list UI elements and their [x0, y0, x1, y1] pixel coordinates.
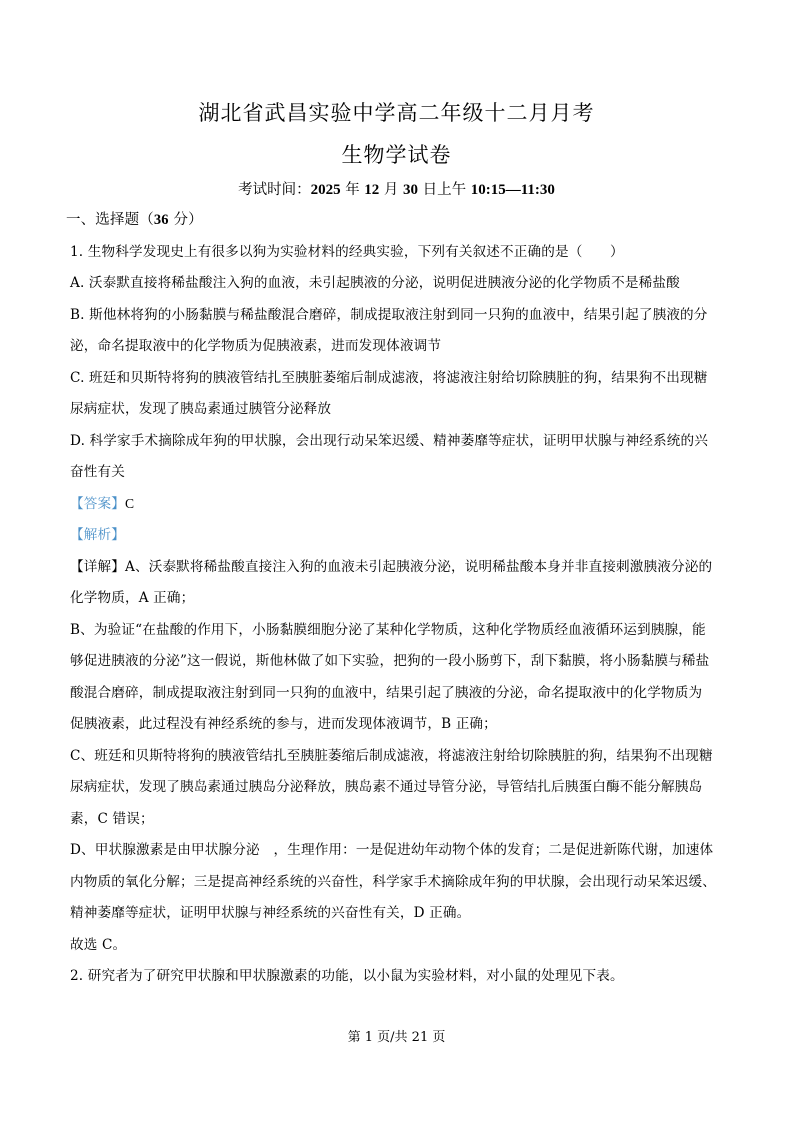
document-page: 湖北省武昌实验中学高二年级十二月月考 生物学试卷 考试时间：2025 年 12 …	[0, 0, 793, 1122]
exam-time: 考试时间：2025 年 12 月 30 日上午 10:15—11:30	[0, 178, 793, 199]
option-b-line-1: B. 斯他林将狗的小肠黏膜与稀盐酸混合磨碎，制成提取液注射到同一只狗的血液中，结…	[70, 306, 730, 324]
year-unit: 年	[345, 182, 360, 198]
exam-time-label: 考试时间：	[238, 182, 311, 198]
answer-row: 【答案】C	[70, 495, 730, 513]
exam-month: 12	[364, 182, 379, 198]
section-suffix: 分）	[173, 212, 202, 228]
answer-label: 【答案】	[70, 496, 125, 512]
detail-text: A、沃泰默将稀盐酸直接注入狗的血液未引起胰液分泌，说明稀盐酸本身并非直接刺激胰液…	[125, 559, 712, 575]
exam-day: 30	[403, 182, 418, 198]
option-a: A. 沃泰默直接将稀盐酸注入狗的血液，未引起胰液的分泌，说明促进胰液分泌的化学物…	[70, 274, 730, 292]
option-d-line-1: D. 科学家手术摘除成年狗的甲状腺，会出现行动呆笨迟缓、精神萎靡等症状，证明甲状…	[70, 432, 730, 450]
page-indicator: 第 1 页/共 21 页	[0, 1026, 793, 1045]
option-c-line-1: C. 班廷和贝斯特将狗的胰液管结扎至胰脏萎缩后制成滤液，将滤液注射给切除胰脏的狗…	[70, 369, 730, 387]
analysis-label: 【解析】	[70, 526, 730, 544]
question-1-stem: 1. 生物科学发现史上有很多以狗为实验材料的经典实验，下列有关叙述不正确的是（ …	[70, 243, 730, 261]
section-heading: 一、选择题（36 分）	[66, 211, 726, 229]
detail-line-2: 化学物质，A 正确；	[70, 589, 730, 607]
answer-value: C	[125, 496, 134, 511]
detail-line-9: 素，C 错误；	[70, 810, 730, 828]
section-prefix: 一、选择题（	[66, 212, 154, 228]
option-b-line-2: 泌，命名提取液中的化学物质为促胰液素，进而发现体液调节	[70, 337, 730, 355]
section-points: 36	[154, 212, 169, 228]
detail-line-10: D、甲状腺激素是由甲状腺分泌 ，生理作用：一是促进幼年动物个体的发育；二是促进新…	[70, 841, 730, 859]
detail-line-6: 促胰液素，此过程没有神经系统的参与，进而发现体液调节，B 正确；	[70, 715, 730, 733]
detail-line-8: 尿病症状，发现了胰岛素通过胰岛分泌释放，胰岛素不通过导管分泌，导管结扎后胰蛋白酶…	[70, 778, 730, 796]
detail-line-7: C、班廷和贝斯特将狗的胰液管结扎至胰脏萎缩后制成滤液，将滤液注射给切除胰脏的狗，…	[70, 747, 730, 765]
detail-line-3: B、为验证“在盐酸的作用下，小肠黏膜细胞分泌了某种化学物质，这种化学物质经血液循…	[70, 621, 730, 639]
option-c-line-2: 尿病症状，发现了胰岛素通过胰管分泌释放	[70, 400, 730, 418]
exam-year: 2025	[311, 182, 341, 198]
detail-line-1: 【详解】A、沃泰默将稀盐酸直接注入狗的血液未引起胰液分泌，说明稀盐酸本身并非直接…	[70, 558, 730, 576]
detail-line-11: 内物质的氧化分解；三是提高神经系统的兴奋性，科学家手术摘除成年狗的甲状腺，会出现…	[70, 873, 730, 891]
question-2-stem: 2. 研究者为了研究甲状腺和甲状腺激素的功能，以小鼠为实验材料，对小鼠的处理见下…	[70, 967, 730, 985]
detail-line-4: 够促进胰液的分泌”这一假说，斯他林做了如下实验，把狗的一段小肠剪下，刮下黏膜，将…	[70, 652, 730, 670]
day-unit: 日上午	[423, 182, 467, 198]
month-unit: 月	[384, 182, 399, 198]
exam-time-range: 10:15—11:30	[471, 182, 555, 198]
option-d-line-2: 奋性有关	[70, 463, 730, 481]
exam-subtitle: 生物学试卷	[0, 139, 793, 169]
detail-line-5: 酸混合磨碎，制成提取液注射到同一只狗的血液中，结果引起了胰液的分泌，命名提取液中…	[70, 684, 730, 702]
detail-line-12: 精神萎靡等症状，证明甲状腺与神经系统的兴奋性有关，D 正确。	[70, 904, 730, 922]
conclusion-line: 故选 C。	[70, 936, 730, 954]
detail-label: 【详解】	[70, 559, 125, 575]
exam-title: 湖北省武昌实验中学高二年级十二月月考	[0, 97, 793, 127]
